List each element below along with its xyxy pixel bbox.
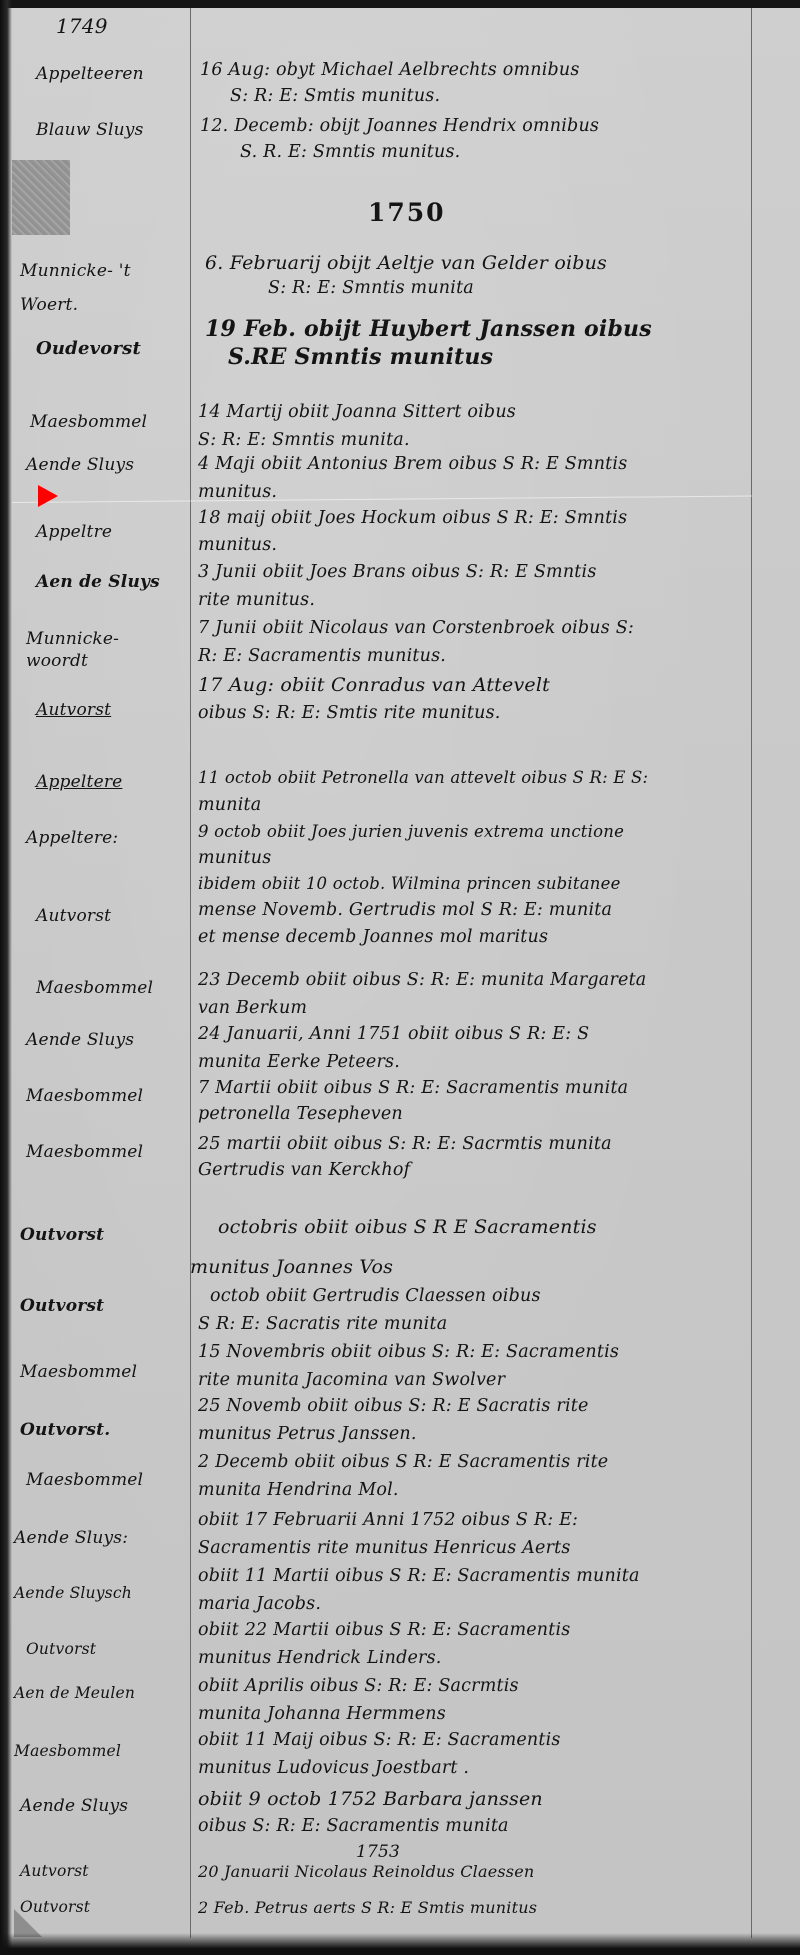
entry-place: Aende Sluys <box>26 1030 134 1050</box>
entry-place: Maesbommel <box>26 1470 143 1490</box>
entry-line: obiit 11 Maij oibus S: R: E: Sacramentis <box>198 1730 561 1750</box>
entry-place: Munnicke- woordt <box>26 628 146 672</box>
entry-line: van Berkum <box>198 998 307 1018</box>
entry-place: Outvorst <box>20 1898 90 1916</box>
entry-line: munita <box>198 795 261 815</box>
entry-line: 18 maij obiit Joes Hockum oibus S R: E: … <box>198 508 627 528</box>
entry-line: rite munita Jacomina van Swolver <box>198 1370 505 1390</box>
entry-line: obiit 11 Martii oibus S R: E: Sacramenti… <box>198 1566 640 1586</box>
entry-place: Maesbommel <box>20 1362 137 1382</box>
entry-line: 11 octob obiit Petronella van attevelt o… <box>198 768 648 787</box>
entry-line: munitus <box>198 848 271 868</box>
entry-place: Maesbommel <box>14 1742 121 1760</box>
entry-line: 15 Novembris obiit oibus S: R: E: Sacram… <box>198 1342 619 1362</box>
entry-place: Aende Sluys <box>26 455 134 475</box>
binding-edge <box>0 0 12 1955</box>
entry-place: Appeltere <box>36 772 122 792</box>
entry-place: Outvorst <box>20 1296 104 1316</box>
scan-guideline <box>12 496 752 503</box>
entry-line: rite munitus. <box>198 590 315 610</box>
entry-line: obiit 22 Martii oibus S R: E: Sacramenti… <box>198 1620 571 1640</box>
entry-line: 24 Januarii, Anni 1751 obiit oibus S R: … <box>198 1024 589 1044</box>
year-label-1749: 1749 <box>56 14 108 38</box>
entry-place: Oudevorst <box>36 338 141 359</box>
entry-line: S: R: E: Smtis munitus. <box>230 86 440 106</box>
entry-line: oibus S: R: E: Sacramentis munita <box>198 1816 509 1836</box>
entry-line: 14 Martij obiit Joanna Sittert oibus <box>198 402 516 422</box>
entry-place: Autvorst <box>36 700 111 720</box>
entry-line: 16 Aug: obyt Michael Aelbrechts omnibus <box>200 60 580 80</box>
entry-line: S R: E: Sacratis rite munita <box>198 1314 447 1334</box>
entry-line: petronella Tesepheven <box>198 1104 403 1124</box>
register-page: 1749 1750 1753 Appelteeren 16 Aug: obyt … <box>0 0 800 1955</box>
scan-top-edge <box>0 0 800 8</box>
year-label-1753: 1753 <box>356 1842 400 1862</box>
entry-line: maria Jacobs. <box>198 1594 321 1614</box>
entry-place: Aen de Sluys <box>36 572 160 592</box>
entry-line: 6. Februarij obijt Aeltje van Gelder oib… <box>205 252 607 274</box>
entry-line: 2 Decemb obiit oibus S R: E Sacramentis … <box>198 1452 608 1472</box>
entry-place: Appelteeren <box>36 64 144 84</box>
entry-line: munitus. <box>198 535 277 555</box>
entry-line: S: R: E: Smntis munita. <box>198 430 410 450</box>
entry-line: 25 martii obiit oibus S: R: E: Sacrmtis … <box>198 1134 612 1154</box>
entry-line: Gertrudis van Kerckhof <box>198 1160 410 1180</box>
entry-place: Outvorst. <box>20 1420 110 1440</box>
repair-tape-patch <box>12 160 70 235</box>
entry-line: octob obiit Gertrudis Claessen oibus <box>210 1286 541 1306</box>
entry-line: 19 Feb. obijt Huybert Janssen oibus <box>205 316 652 342</box>
entry-line: 2 Feb. Petrus aerts S R: E Smtis munitus <box>198 1898 537 1917</box>
entry-place: Aende Sluys <box>20 1796 128 1816</box>
entry-line: munitus Hendrick Linders. <box>198 1648 442 1668</box>
left-margin-rule <box>190 8 191 1938</box>
entry-line: R: E: Sacramentis munitus. <box>198 646 446 666</box>
entry-line: obiit 17 Februarii Anni 1752 oibus S R: … <box>198 1510 578 1530</box>
entry-place: Maesbommel <box>26 1142 143 1162</box>
entry-line: 25 Novemb obiit oibus S: R: E Sacratis r… <box>198 1396 589 1416</box>
entry-line: S: R: E: Smntis munita <box>268 278 474 298</box>
entry-place: Appeltre <box>36 522 112 542</box>
entry-line: et mense decemb Joannes mol maritus <box>198 927 548 947</box>
entry-line: munitus Joannes Vos <box>190 1256 393 1278</box>
entry-place: Munnicke- 't Woert. <box>20 254 140 322</box>
entry-line: 17 Aug: obiit Conradus van Attevelt <box>198 674 550 696</box>
entry-place: Appeltere: <box>26 828 118 848</box>
entry-line: 3 Junii obiit Joes Brans oibus S: R: E S… <box>198 562 597 582</box>
entry-line: 7 Junii obiit Nicolaus van Corstenbroek … <box>198 618 634 638</box>
entry-place: Maesbommel <box>36 978 153 998</box>
entry-line: munitus. <box>198 482 277 502</box>
entry-place: Maesbommel <box>30 412 147 432</box>
entry-line: oibus S: R: E: Smtis rite munitus. <box>198 703 501 723</box>
entry-line: 7 Martii obiit oibus S R: E: Sacramentis… <box>198 1078 628 1098</box>
entry-place: Aende Sluysch <box>14 1584 132 1602</box>
entry-place: Autvorst <box>36 906 111 926</box>
year-label-1750: 1750 <box>368 198 446 227</box>
entry-line: obiit 9 octob 1752 Barbara janssen <box>198 1788 543 1810</box>
entry-line: 20 Januarii Nicolaus Reinoldus Claessen <box>198 1862 534 1881</box>
entry-line: S.RE Smntis munitus <box>228 344 493 370</box>
entry-place: Maesbommel <box>26 1086 143 1106</box>
entry-place: Outvorst <box>26 1640 96 1658</box>
scan-bottom-edge <box>0 1933 800 1955</box>
entry-line: 23 Decemb obiit oibus S: R: E: munita Ma… <box>198 970 646 990</box>
entry-line: munitus Petrus Janssen. <box>198 1424 417 1444</box>
right-margin-rule <box>751 8 752 1938</box>
entry-line: 9 octob obiit Joes jurien juvenis extrem… <box>198 822 624 841</box>
entry-line: munitus Ludovicus Joestbart . <box>198 1758 469 1778</box>
entry-line: mense Novemb. Gertrudis mol S R: E: muni… <box>198 900 612 920</box>
entry-line: 4 Maji obiit Antonius Brem oibus S R: E … <box>198 454 627 474</box>
entry-line: munita Hendrina Mol. <box>198 1480 399 1500</box>
entry-line: Sacramentis rite munitus Henricus Aerts <box>198 1538 571 1558</box>
entry-line: munita Eerke Peteers. <box>198 1052 400 1072</box>
entry-line: octobris obiit oibus S R E Sacramentis <box>218 1216 597 1238</box>
entry-line: 12. Decemb: obijt Joannes Hendrix omnibu… <box>200 116 599 136</box>
entry-line: ibidem obiit 10 octob. Wilmina princen s… <box>198 874 621 893</box>
entry-place: Aende Sluys: <box>14 1528 128 1548</box>
entry-place: Aen de Meulen <box>14 1684 135 1702</box>
entry-line: munita Johanna Hermmens <box>198 1704 446 1724</box>
entry-place: Outvorst <box>20 1225 104 1245</box>
entry-place: Blauw Sluys <box>36 120 144 140</box>
red-pointer-marker-icon <box>38 485 58 507</box>
entry-place: Autvorst <box>20 1862 89 1880</box>
entry-line: S. R. E: Smntis munitus. <box>240 142 460 162</box>
entry-line: obiit Aprilis oibus S: R: E: Sacrmtis <box>198 1676 519 1696</box>
